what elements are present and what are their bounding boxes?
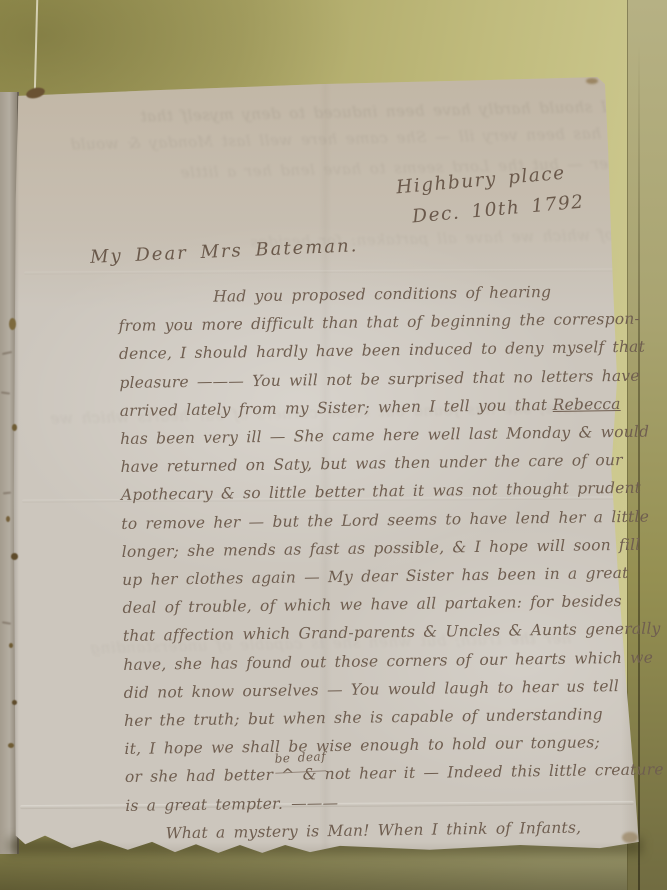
foxing-spot — [8, 743, 14, 748]
foxing-spot — [11, 553, 18, 560]
interlinear-insertion: be deaf — [274, 742, 327, 774]
underlined-name: Rebecca — [553, 395, 621, 414]
foxing-spot — [9, 643, 13, 648]
page-seam-line — [638, 0, 640, 890]
ghost-writing: dence, I should hardly have been induced… — [140, 96, 667, 125]
foxing-spot — [9, 318, 16, 330]
body-line-text: arrived lately from my Sister; when I te… — [120, 396, 548, 420]
photograph-of-letter: dence, I should hardly have been induced… — [0, 0, 667, 890]
fold-crease — [24, 268, 629, 274]
corner-stain — [586, 78, 598, 84]
letter-body: Had you proposed conditions of hearing f… — [118, 277, 638, 848]
foxing-spot — [6, 516, 10, 522]
foxing-spot — [12, 424, 17, 431]
foxing-spot — [12, 700, 17, 705]
ghost-writing: has been very ill — She came here well l… — [70, 124, 601, 153]
